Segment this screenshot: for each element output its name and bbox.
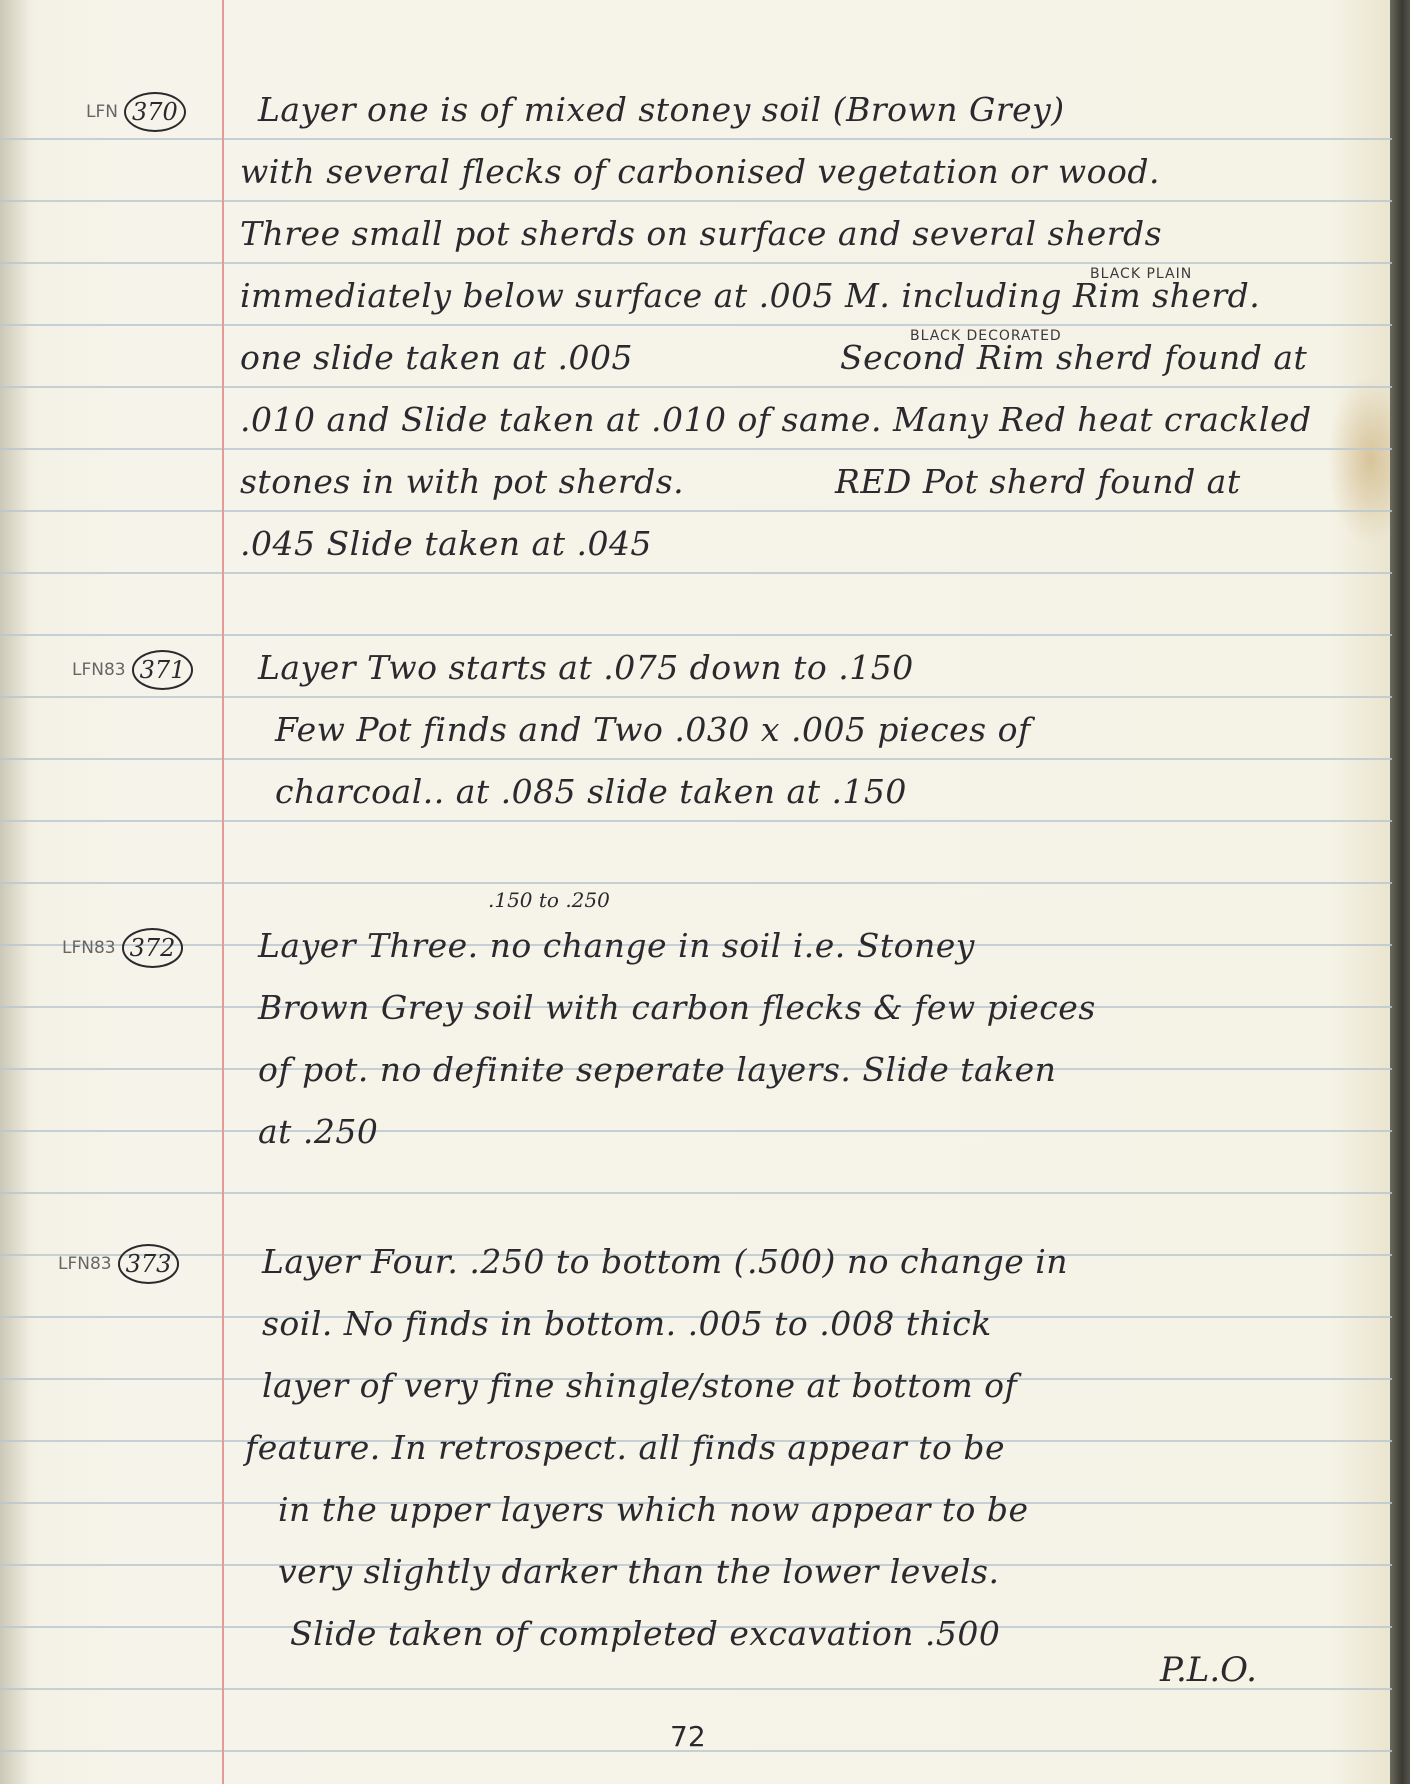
page-number: 72 <box>670 1720 706 1753</box>
entry-373-line-7: Slide taken of completed excavation .500 <box>290 1614 1000 1653</box>
ruled-line <box>0 696 1392 698</box>
ruled-line <box>0 448 1392 450</box>
entry-371-line-3: charcoal.. at .085 slide taken at .150 <box>275 772 907 811</box>
ruled-line <box>0 1192 1392 1194</box>
entry-373-line-2: soil. No finds in bottom. .005 to .008 t… <box>262 1304 992 1343</box>
ruled-line <box>0 138 1392 140</box>
entry-373-line-5: in the upper layers which now appear to … <box>278 1490 1029 1529</box>
entry-ref-372: LFN83 372 <box>62 928 183 968</box>
ruled-line <box>0 882 1392 884</box>
entry-code: LFN <box>86 102 118 122</box>
gutter-shadow <box>0 0 30 1784</box>
entry-370-line-1: Layer one is of mixed stoney soil (Brown… <box>258 90 1065 129</box>
entry-370-line-7b: RED Pot sherd found at <box>835 462 1241 501</box>
entry-373-line-6: very slightly darker than the lower leve… <box>278 1552 999 1591</box>
entry-372-line-4: at .250 <box>258 1112 378 1151</box>
ruled-line <box>0 758 1392 760</box>
entry-372-line-2: Brown Grey soil with carbon flecks & few… <box>258 988 1096 1027</box>
ruled-line <box>0 634 1392 636</box>
ruled-line <box>0 572 1392 574</box>
ruled-line <box>0 820 1392 822</box>
ruled-line <box>0 1130 1392 1132</box>
ruled-line <box>0 262 1392 264</box>
annotation-depth-range: .150 to .250 <box>488 888 610 912</box>
notebook-page: LFN 370 Layer one is of mixed stoney soi… <box>0 0 1410 1784</box>
entry-code: LFN83 <box>72 660 126 680</box>
entry-370-line-5-text: one slide taken at .005 <box>240 338 633 377</box>
entry-number-circled: 370 <box>124 92 186 132</box>
entry-number-circled: 373 <box>118 1244 180 1284</box>
entry-370-line-6: .010 and Slide taken at .010 of same. Ma… <box>240 400 1312 439</box>
entry-370-line-3: Three small pot sherds on surface and se… <box>240 214 1162 253</box>
entry-ref-370: LFN 370 <box>86 92 186 132</box>
ruled-line <box>0 510 1392 512</box>
entry-370-line-5a: one slide taken at .005 <box>240 338 633 377</box>
entry-370-line-5b: Second Rim sherd found at <box>840 338 1307 377</box>
entry-number-circled: 372 <box>122 928 184 968</box>
notebook-binding-edge <box>1390 0 1410 1784</box>
entry-371-line-2: Few Pot finds and Two .030 x .005 pieces… <box>275 710 1031 749</box>
entry-code: LFN83 <box>58 1254 112 1274</box>
entry-number-circled: 371 <box>132 650 194 690</box>
entry-370-line-2: with several flecks of carbonised vegeta… <box>240 152 1160 191</box>
ruled-line <box>0 324 1392 326</box>
entry-372-line-3: of pot. no definite seperate layers. Sli… <box>258 1050 1056 1089</box>
author-initials: P.L.O. <box>1160 1650 1257 1690</box>
entry-373-line-1: Layer Four. .250 to bottom (.500) no cha… <box>262 1242 1068 1281</box>
entry-ref-373: LFN83 373 <box>58 1244 179 1284</box>
entry-371-line-1: Layer Two starts at .075 down to .150 <box>258 648 914 687</box>
margin-line <box>222 0 224 1784</box>
entry-370-line-4: immediately below surface at .005 M. inc… <box>240 276 1260 315</box>
entry-code: LFN83 <box>62 938 116 958</box>
entry-372-line-1: Layer Three. no change in soil i.e. Ston… <box>258 926 975 965</box>
ruled-line <box>0 200 1392 202</box>
entry-ref-371: LFN83 371 <box>72 650 193 690</box>
entry-373-line-4: feature. In retrospect. all finds appear… <box>245 1428 1005 1467</box>
entry-373-line-3: layer of very fine shingle/stone at bott… <box>262 1366 1017 1405</box>
entry-370-line-7a: stones in with pot sherds. <box>240 462 684 501</box>
entry-370-line-8: .045 Slide taken at .045 <box>240 524 652 563</box>
ruled-line <box>0 386 1392 388</box>
